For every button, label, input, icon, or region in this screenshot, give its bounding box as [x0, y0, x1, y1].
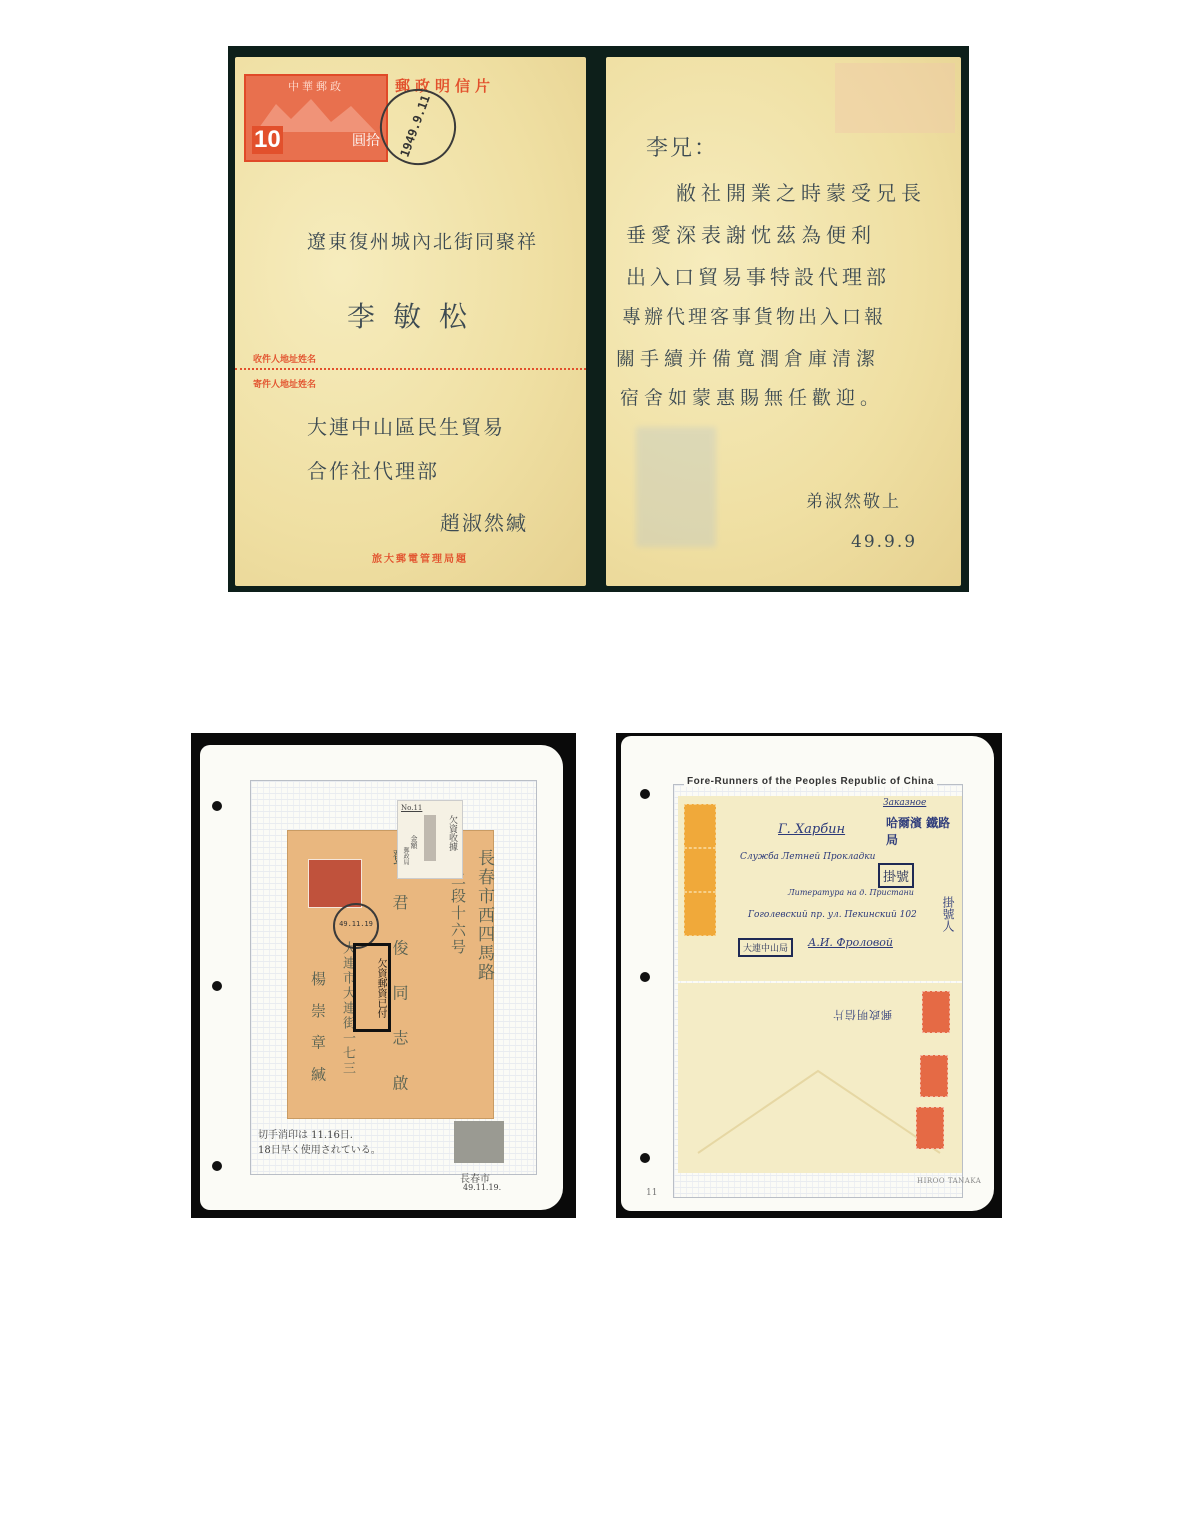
stamp-value: 10 [252, 126, 283, 154]
imprinted-stamp: 中華郵政 10 圓拾 [244, 74, 388, 162]
recipient-line: 鄧 君 俊 同 志 啟 [388, 849, 411, 1102]
registered-cachet: 掛號 [878, 863, 914, 888]
cover-back: 郵政明信片 [678, 983, 962, 1173]
stamp-header: 中華郵政 [246, 78, 386, 94]
letter-date: 49.9.9 [851, 532, 917, 552]
album-page-left: 長春市西四馬路 二段十六号 鄧 君 俊 同 志 啟 大連市大連街一七三 楊 崇 … [200, 745, 563, 1210]
address-mid: 二段十六号 [448, 871, 469, 956]
body-line-4: 專辦代理客事貨物出入口報 [622, 302, 886, 329]
divider-line [235, 368, 586, 370]
sender-address-line1: 大連中山區民生貿易 [307, 411, 505, 440]
postmark-caption-2: 49.11.19. [463, 1183, 501, 1192]
postcard-front: 中華郵政 10 圓拾 郵政明信片 1949.9.11 遼東復州城內北街同聚祥 李… [235, 57, 586, 586]
body-line-2: 垂愛深表謝忱茲為便利 [626, 219, 876, 248]
sender-name: 趙淑然緘 [440, 507, 528, 536]
sender-line-2: 楊 崇 章 緘 [308, 971, 329, 1087]
postmark-date: 1949.9.11 [396, 90, 434, 162]
address-right: 長春市西四馬路 [476, 849, 496, 982]
label-sender: 寄件人地址姓名 [253, 377, 316, 390]
binder-hole [212, 1161, 222, 1171]
addressee-line-1: Служба Летней Прокладки [740, 852, 875, 862]
office-cachet: 大連中山局 [738, 938, 793, 957]
binder-hole [640, 789, 650, 799]
stamp-ghost [835, 63, 955, 133]
label-recipient: 收件人地址姓名 [253, 352, 316, 365]
note-line-2: 18日早く使用されている。 [258, 1141, 381, 1156]
postcard-back: 李兄： 敝社開業之時蒙受兄長 垂愛深表謝忱茲為便利 出入口貿易事特設代理部 專辦… [606, 57, 961, 586]
addressee-name: А.И. Фроловой [808, 936, 893, 949]
body-line-1: 敝社開業之時蒙受兄長 [676, 177, 926, 206]
signature: 弟淑然敬上 [806, 487, 901, 512]
registered-label: Заказное [883, 798, 926, 808]
stamp-orange [684, 892, 716, 936]
note-line-1: 切手消印は 11.16日. [258, 1126, 353, 1141]
binder-hole [212, 801, 222, 811]
stamp-orange [684, 848, 716, 892]
cachet: 欠資郵資已付 [353, 943, 391, 1032]
postcard-scan: 中華郵政 10 圓拾 郵政明信片 1949.9.11 遼東復州城內北街同聚祥 李… [228, 46, 969, 592]
stamp-currency: 圓拾 [352, 130, 380, 150]
chinese-destination: 哈爾濱 鐵路局 [886, 814, 962, 848]
body-line-3: 出入口貿易事特設代理部 [626, 261, 890, 290]
recipient-address: 遼東復州城內北街同聚祥 [307, 227, 538, 254]
author-credit: HIROO TANAKA [917, 1177, 981, 1185]
album-page-right-scan: Fore-Runners of the Peoples Republic of … [616, 733, 1002, 1218]
sender-address-line2: 合作社代理部 [307, 455, 439, 484]
binder-hole [640, 1153, 650, 1163]
album-page-right: Fore-Runners of the Peoples Republic of … [621, 736, 994, 1211]
body-line-5: 關手續并備寬潤倉庫清潔 [616, 344, 880, 371]
side-note: 掛號人 [940, 896, 957, 932]
body-line-6: 宿舍如蒙惠賜無任歡迎。 [620, 383, 884, 410]
stamp-red [308, 859, 362, 908]
page-header: Fore-Runners of the Peoples Republic of … [684, 776, 937, 787]
page-number: 11 [646, 1188, 657, 1198]
cover-front: Заказное Г. Харбин 哈爾濱 鐵路局 Служба Летней… [678, 796, 962, 981]
recipient-name: 李敏松 [347, 295, 485, 335]
binder-hole [640, 972, 650, 982]
footer-print: 旅大郵電管理局題 [372, 550, 468, 565]
postmark-clipping [454, 1121, 504, 1163]
binder-hole [212, 981, 222, 991]
album-page-left-scan: 長春市西四馬路 二段十六号 鄧 君 俊 同 志 啟 大連市大連街一七三 楊 崇 … [191, 733, 576, 1218]
stamp-orange [684, 804, 716, 848]
addressee-line-3: Гоголевский пр. ул. Пекинский 102 [748, 910, 917, 920]
inverted-writing: 郵政明信片 [678, 983, 962, 1173]
postage-due-label: No.11 欠資收據 金額 郵政局 [397, 800, 463, 879]
destination-city: Г. Харбин [778, 822, 845, 837]
addressee-line-2: Литература на д. Пристани [788, 888, 914, 897]
show-through-image [636, 427, 716, 547]
salutation: 李兄： [646, 131, 718, 162]
